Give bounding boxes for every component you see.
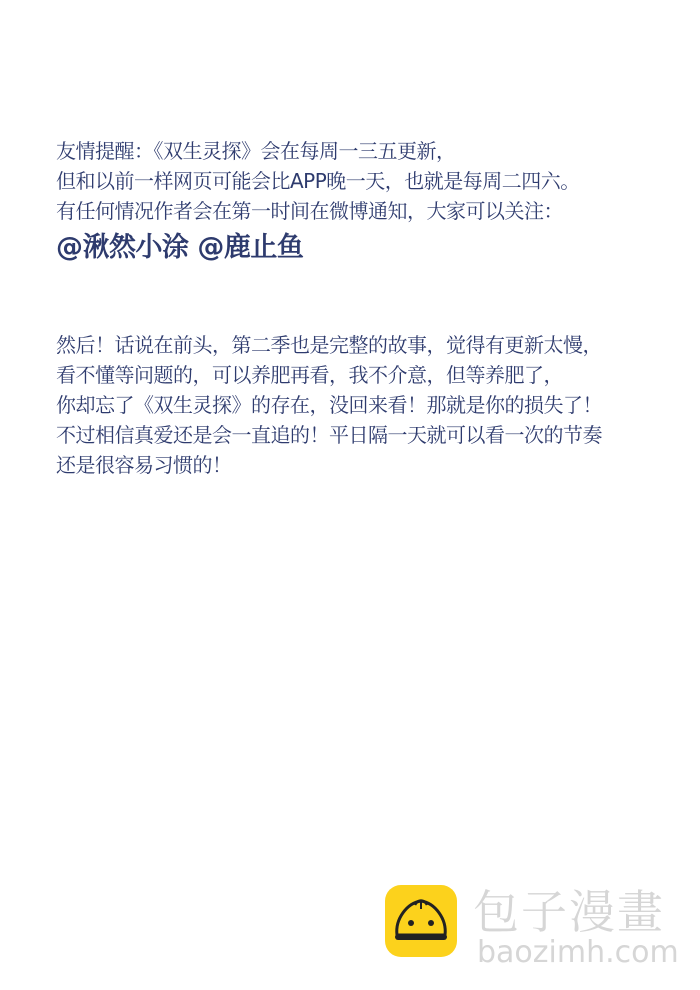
watermark: 包子漫畫 baozimh.com xyxy=(385,885,685,975)
weibo-handles: @湫然小涂 @鹿止鱼 xyxy=(56,228,580,268)
update-notice: 友情提醒：《双生灵探》会在每周一三五更新， 但和以前一样网页可能会比APP晚一天… xyxy=(56,136,580,268)
notice-line: 但和以前一样网页可能会比APP晚一天，也就是每周二四六。 xyxy=(56,166,580,196)
notice-line: 友情提醒：《双生灵探》会在每周一三五更新， xyxy=(56,136,580,166)
notice-line: 有任何情况作者会在第一时间在微博通知，大家可以关注： xyxy=(56,196,580,226)
message-line: 然后！话说在前头，第二季也是完整的故事，觉得有更新太慢， xyxy=(56,330,602,360)
brand-name: 包子漫畫 xyxy=(473,885,665,939)
message-line: 你却忘了《双生灵探》的存在，没回来看！那就是你的损失了！ xyxy=(56,390,602,420)
brand-url: baozimh.com xyxy=(477,935,679,971)
message-line: 不过相信真爱还是会一直追的！平日隔一天就可以看一次的节奏 xyxy=(56,420,602,450)
steamed-bun-icon xyxy=(385,885,457,957)
author-message: 然后！话说在前头，第二季也是完整的故事，觉得有更新太慢， 看不懂等问题的，可以养… xyxy=(56,330,602,480)
message-line: 看不懂等问题的，可以养肥再看，我不介意，但等养肥了， xyxy=(56,360,602,390)
message-line: 还是很容易习惯的！ xyxy=(56,450,602,480)
